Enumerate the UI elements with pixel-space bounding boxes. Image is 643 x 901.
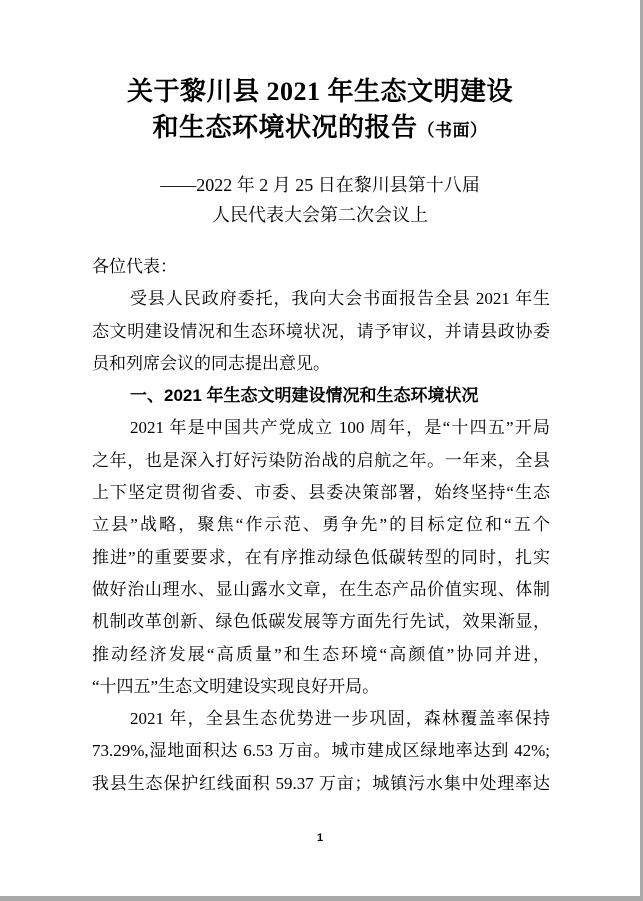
body-line: 2021 年，全县生态优势进一步巩固，森林覆盖率保持 bbox=[92, 703, 550, 735]
title-line-2-paren: （书面） bbox=[418, 121, 488, 140]
document-page: 关于黎川县 2021 年生态文明建设 和生态环境状况的报告（书面） ——2022… bbox=[0, 0, 640, 896]
body-line: 2021 年是中国共产党成立 100 周年，是“十四五”开局 bbox=[92, 412, 550, 444]
subtitle-line-1: ——2022 年 2 月 25 日在黎川县第十八届 bbox=[60, 170, 580, 200]
document-body-text: 各位代表： 受县人民政府委托，我向大会书面报告全县 2021 年生 态文明建设情… bbox=[92, 251, 550, 800]
body-line: 推进”的重要要求，在有序推动绿色低碳转型的同时，扎实 bbox=[92, 542, 550, 574]
body-line: 机制改革创新、绿色低碳发展等方面先行先试，效果渐显， bbox=[92, 606, 550, 638]
body-line: 73.29%,湿地面积达 6.53 万亩。城市建成区绿地率达到 42%; bbox=[92, 735, 550, 767]
document-subtitle: ——2022 年 2 月 25 日在黎川县第十八届 人民代表大会第二次会议上 bbox=[60, 170, 580, 230]
document-viewport: 关于黎川县 2021 年生态文明建设 和生态环境状况的报告（书面） ——2022… bbox=[0, 0, 643, 901]
document-title: 关于黎川县 2021 年生态文明建设 和生态环境状况的报告（书面） bbox=[60, 74, 580, 149]
body-line: 之年，也是深入打好污染防治战的启航之年。一年来，全县 bbox=[92, 445, 550, 477]
body-line: 立县”战略，聚焦“作示范、勇争先”的目标定位和“五个 bbox=[92, 509, 550, 541]
body-line: 我县生态保护红线面积 59.37 万亩；城镇污水集中处理率达 bbox=[92, 768, 550, 800]
page-number: 1 bbox=[0, 832, 640, 844]
body-line: 态文明建设情况和生态环境状况，请予审议，并请县政协委 bbox=[92, 316, 550, 348]
section-heading-1: 一、2021 年生态文明建设情况和生态环境状况 bbox=[92, 380, 550, 412]
body-line: 受县人民政府委托，我向大会书面报告全县 2021 年生 bbox=[92, 283, 550, 315]
body-line: 上下坚定贯彻省委、市委、县委决策部署，始终坚持“生态 bbox=[92, 477, 550, 509]
body-line: 做好治山理水、显山露水文章，在生态产品价值实现、体制 bbox=[92, 574, 550, 606]
title-line-1: 关于黎川县 2021 年生态文明建设 bbox=[60, 74, 580, 110]
title-line-2: 和生态环境状况的报告（书面） bbox=[60, 110, 580, 149]
body-line: 推动经济发展“高质量”和生态环境“高颜值”协同并进， bbox=[92, 639, 550, 671]
subtitle-line-2: 人民代表大会第二次会议上 bbox=[60, 200, 580, 230]
body-line-salutation: 各位代表： bbox=[92, 251, 550, 283]
body-line: “十四五”生态文明建设实现良好开局。 bbox=[92, 671, 550, 703]
body-line: 员和列席会议的同志提出意见。 bbox=[92, 348, 550, 380]
title-line-2-main: 和生态环境状况的报告 bbox=[152, 113, 417, 142]
